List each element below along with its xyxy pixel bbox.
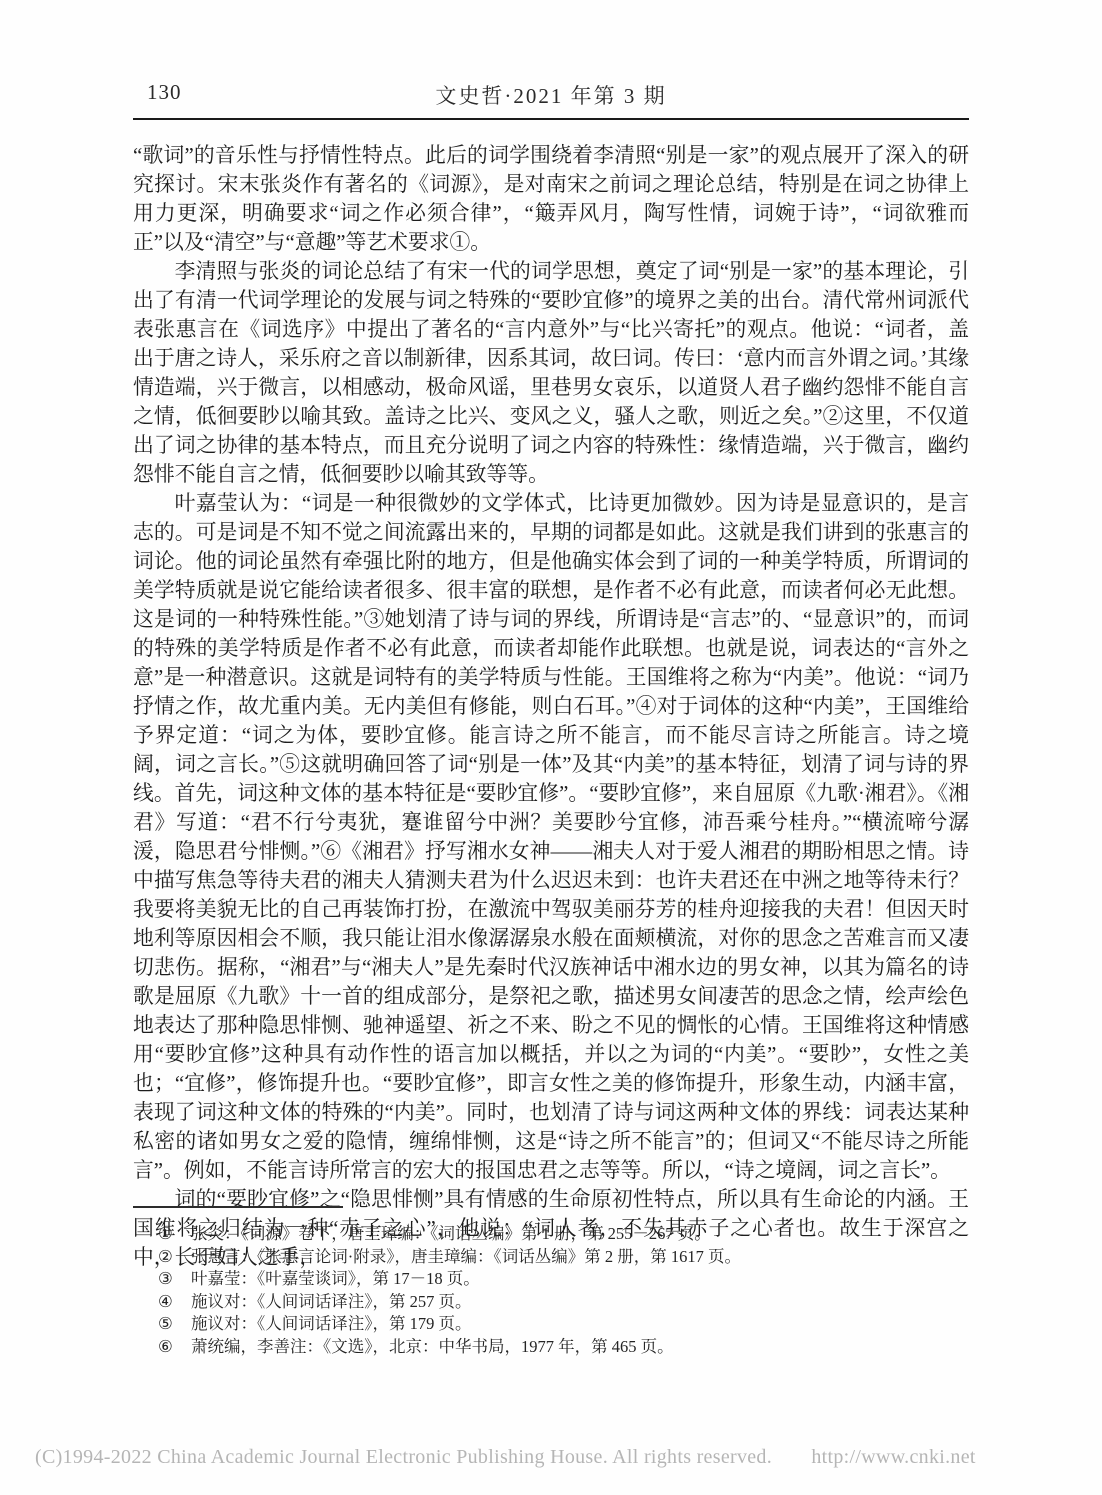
- journal-page: 130 文史哲·2021 年第 3 期 “歌词”的音乐性与抒情性特点。此后的词学…: [0, 0, 1102, 1495]
- footnote-marker: ⑥: [158, 1336, 191, 1359]
- footnote-item: ⑤ 施议对：《人间词话译注》，第 179 页。: [133, 1313, 969, 1336]
- footnote-item: ③ 叶嘉莹：《叶嘉莹谈词》，第 17－18 页。: [133, 1268, 969, 1291]
- footnote-item: ① 张炎：《词源》卷下，唐圭璋编：《词话丛编》第 1 册，第 255－267 页…: [133, 1223, 969, 1246]
- footnote-marker: ②: [158, 1246, 191, 1269]
- paragraph: 李清照与张炎的词论总结了有宋一代的词学思想，奠定了词“别是一家”的基本理论，引出…: [133, 257, 969, 489]
- footnote-marker: ①: [158, 1223, 191, 1246]
- paragraph: 叶嘉莹认为：“词是一种很微妙的文学体式，比诗更加微妙。因为诗是显意识的，是言志的…: [133, 489, 969, 1185]
- footnote-marker: ④: [158, 1291, 191, 1314]
- cnki-url: http://www.cnki.net: [811, 1446, 975, 1468]
- footnote-item: ⑥ 萧统编，李善注：《文选》，北京：中华书局，1977 年，第 465 页。: [133, 1336, 969, 1359]
- footnote-separator: [133, 1206, 343, 1208]
- article-body: “歌词”的音乐性与抒情性特点。此后的词学围绕着李清照“别是一家”的观点展开了深入…: [133, 141, 969, 1272]
- footnote-text: 施议对：《人间词话译注》，第 179 页。: [191, 1313, 969, 1336]
- footnote-text: 叶嘉莹：《叶嘉莹谈词》，第 17－18 页。: [191, 1268, 969, 1291]
- footnote-list: ① 张炎：《词源》卷下，唐圭璋编：《词话丛编》第 1 册，第 255－267 页…: [133, 1223, 969, 1359]
- footnote-marker: ⑤: [158, 1313, 191, 1336]
- footnote-text: 萧统编，李善注：《文选》，北京：中华书局，1977 年，第 465 页。: [191, 1336, 969, 1359]
- journal-title: 文史哲·2021 年第 3 期: [133, 80, 969, 110]
- footnote-item: ④ 施议对：《人间词话译注》，第 257 页。: [133, 1291, 969, 1314]
- footnote-marker: ③: [158, 1268, 191, 1291]
- page-header: 130 文史哲·2021 年第 3 期: [133, 78, 969, 120]
- footnote-text: 张惠言：《张惠言论词·附录》，唐圭璋编：《词话丛编》第 2 册，第 1617 页…: [191, 1246, 969, 1269]
- footnote-item: ② 张惠言：《张惠言论词·附录》，唐圭璋编：《词话丛编》第 2 册，第 1617…: [133, 1246, 969, 1269]
- footnote-text: 施议对：《人间词话译注》，第 257 页。: [191, 1291, 969, 1314]
- footnote-text: 张炎：《词源》卷下，唐圭璋编：《词话丛编》第 1 册，第 255－267 页。: [191, 1223, 969, 1246]
- copyright-text: (C)1994-2022 China Academic Journal Elec…: [35, 1446, 772, 1468]
- copyright-footer: (C)1994-2022 China Academic Journal Elec…: [35, 1446, 1075, 1469]
- paragraph-continuation: “歌词”的音乐性与抒情性特点。此后的词学围绕着李清照“别是一家”的观点展开了深入…: [133, 141, 969, 257]
